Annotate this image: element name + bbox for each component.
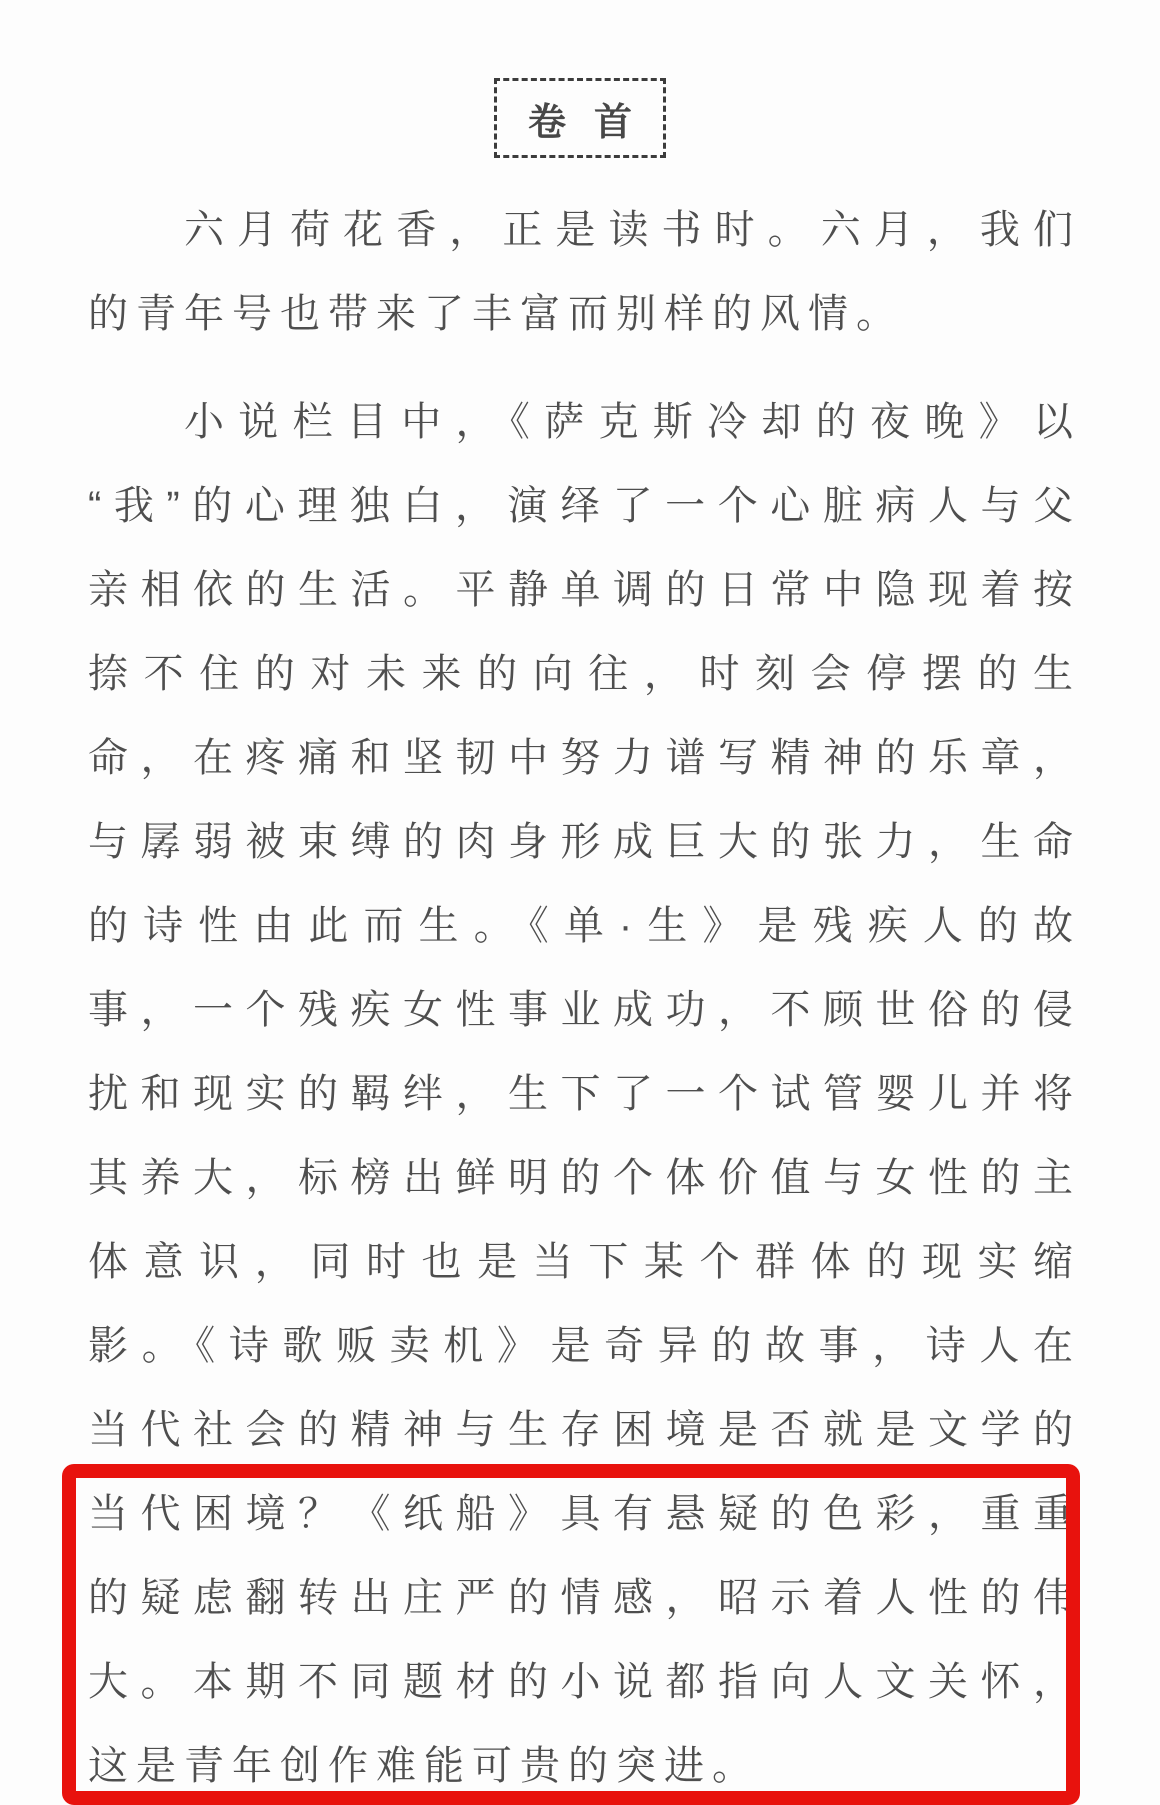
- text-line: 其养大，标榜出鲜明的个体价值与女性的主: [88, 1136, 1073, 1220]
- text-line: 扰和现实的羁绊，生下了一个试管婴儿并将: [88, 1052, 1073, 1136]
- text-line: 的诗性由此而生。《单·生》是残疾人的故: [88, 884, 1073, 968]
- text-line: 的疑虑翻转出庄严的情感，昭示着人性的伟: [88, 1556, 1073, 1640]
- text-line: 六月荷花香，正是读书时。六月，我们: [88, 188, 1073, 272]
- section-title-box: 卷首: [494, 78, 666, 158]
- text-line: 影。《诗歌贩卖机》是奇异的故事，诗人在: [88, 1304, 1073, 1388]
- text-line: 这是青年创作难能可贵的突进。: [88, 1724, 1073, 1805]
- text-line: 捺不住的对未来的向往，时刻会停摆的生: [88, 632, 1073, 716]
- text-line: 的青年号也带来了丰富而别样的风情。: [88, 272, 1073, 356]
- text-line: 与孱弱被束缚的肉身形成巨大的张力，生命: [88, 800, 1073, 884]
- text-line: 体意识，同时也是当下某个群体的现实缩: [88, 1220, 1073, 1304]
- text-line: 当代困境？《纸船》具有悬疑的色彩，重重: [88, 1472, 1073, 1556]
- text-line: 小说栏目中，《萨克斯冷却的夜晚》以: [88, 380, 1073, 464]
- text-line: 命，在疼痛和坚韧中努力谱写精神的乐章，: [88, 716, 1073, 800]
- text-line: 当代社会的精神与生存困境是否就是文学的: [88, 1388, 1073, 1472]
- section-title: 卷首: [500, 91, 660, 146]
- text-line: “我”的心理独白，演绎了一个心脏病人与父: [88, 464, 1073, 548]
- article-body: 六月荷花香，正是读书时。六月，我们 的青年号也带来了丰富而别样的风情。 小说栏目…: [88, 188, 1073, 1805]
- text-line: 亲相依的生活。平静单调的日常中隐现着按: [88, 548, 1073, 632]
- article-page: 卷首 六月荷花香，正是读书时。六月，我们 的青年号也带来了丰富而别样的风情。 小…: [0, 0, 1160, 1805]
- text-line: 事，一个残疾女性事业成功，不顾世俗的侵: [88, 968, 1073, 1052]
- text-line: 大。本期不同题材的小说都指向人文关怀，: [88, 1640, 1073, 1724]
